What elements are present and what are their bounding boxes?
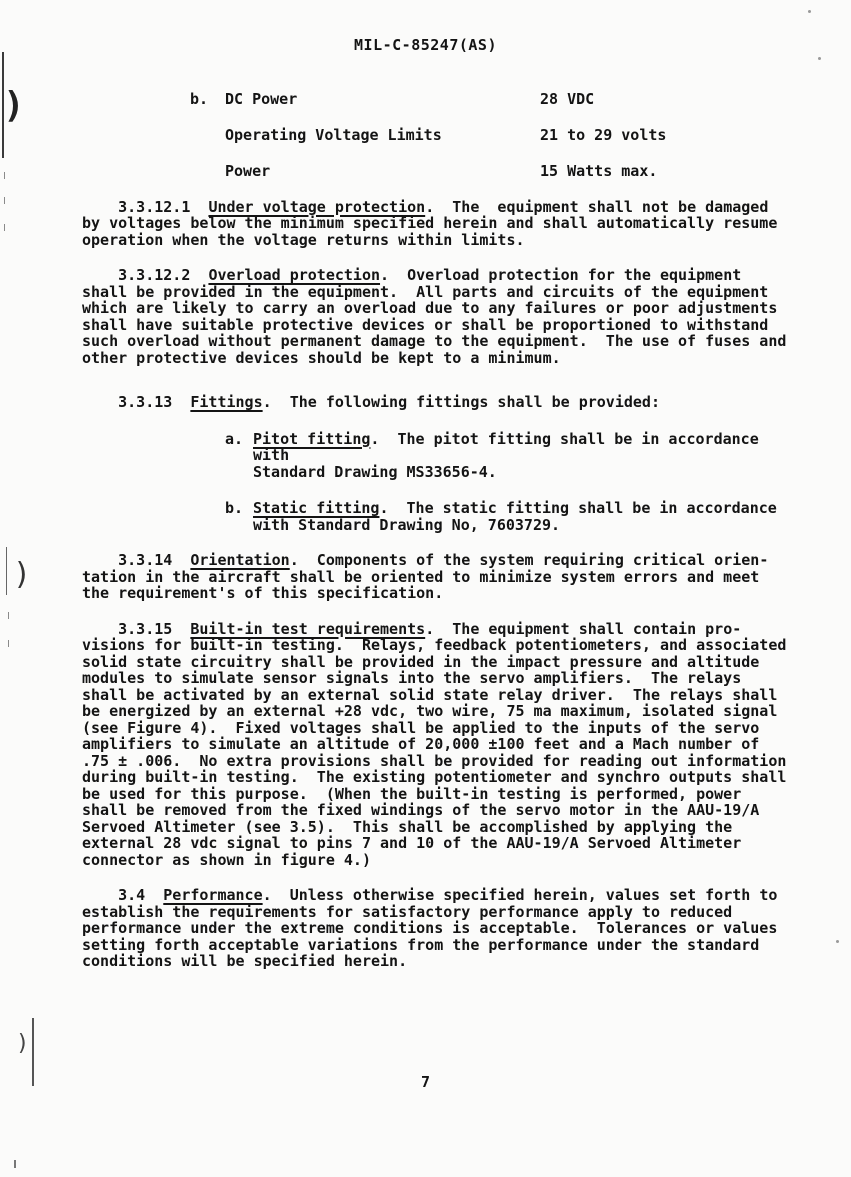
section-number: 3.3.13 bbox=[82, 393, 190, 411]
section-title: Overload protection bbox=[208, 266, 380, 284]
list-item-label: b. bbox=[225, 500, 253, 533]
scan-artifact-dot bbox=[808, 10, 811, 13]
spec-item-value: 28 VDC bbox=[540, 91, 851, 108]
scan-artifact-dash bbox=[8, 612, 9, 619]
scan-artifact-line bbox=[6, 547, 7, 595]
section-number: 3.3.12.2 bbox=[82, 266, 208, 284]
list-item-content: Static fitting. The static fitting shall… bbox=[253, 500, 785, 533]
paragraph-fittings: 3.3.13 Fittings. The following fittings … bbox=[82, 394, 797, 411]
page-number: 7 bbox=[0, 1074, 851, 1091]
section-number: 3.4 bbox=[82, 886, 163, 904]
document-page: ) ) ) MIL-C-85247(AS) b. DC Power 28 VDC… bbox=[0, 0, 851, 1177]
paragraph-orientation: 3.3.14 Orientation. Components of the sy… bbox=[82, 552, 797, 602]
power-spec-row: Operating Voltage Limits 21 to 29 volts bbox=[190, 127, 851, 144]
section-body: . The equipment shall contain pro- visio… bbox=[82, 620, 786, 869]
section-title: Fittings bbox=[190, 393, 262, 411]
power-spec-row: b. DC Power 28 VDC bbox=[190, 91, 851, 108]
spec-item-prefix: b. bbox=[190, 91, 225, 108]
fitting-item-pitot: a. Pitot fitting. The pitot fitting shal… bbox=[225, 431, 785, 481]
power-spec-table: b. DC Power 28 VDC Operating Voltage Lim… bbox=[190, 91, 851, 180]
scan-artifact-line bbox=[32, 1018, 34, 1086]
section-body: . The following fittings shall be provid… bbox=[263, 393, 660, 411]
scan-artifact-dash bbox=[4, 197, 5, 204]
scan-artifact-dash bbox=[4, 224, 5, 231]
paragraph-performance: 3.4 Performance. Unless otherwise specif… bbox=[82, 887, 797, 970]
spec-item-prefix bbox=[190, 163, 225, 180]
list-item-label: a. bbox=[225, 431, 253, 481]
spec-item-value: 15 Watts max. bbox=[540, 163, 851, 180]
scan-artifact-bracket: ) bbox=[3, 98, 25, 115]
section-title: Under voltage protection bbox=[208, 198, 425, 216]
fitting-title: Pitot fitting bbox=[253, 430, 370, 448]
paragraph-built-in-test: 3.3.15 Built-in test requirements. The e… bbox=[82, 621, 797, 869]
paragraph-under-voltage-protection: 3.3.12.1 Under voltage protection. The e… bbox=[82, 199, 797, 249]
spec-item-value: 21 to 29 volts bbox=[540, 127, 851, 144]
scan-artifact-bracket: ) bbox=[13, 567, 31, 584]
section-number: 3.3.14 bbox=[82, 551, 190, 569]
fitting-title: Static fitting bbox=[253, 499, 379, 517]
section-title: Performance bbox=[163, 886, 262, 904]
list-item-content: Pitot fitting. The pitot fitting shall b… bbox=[253, 431, 785, 481]
scan-artifact-dash bbox=[4, 172, 5, 179]
paragraph-overload-protection: 3.3.12.2 Overload protection. Overload p… bbox=[82, 267, 797, 366]
power-spec-row: Power 15 Watts max. bbox=[190, 163, 851, 180]
section-title: Orientation bbox=[190, 551, 289, 569]
spec-item-name: Power bbox=[225, 163, 540, 180]
scan-artifact-dot bbox=[14, 1160, 16, 1168]
scan-artifact-dot bbox=[818, 57, 821, 60]
scan-artifact-dash bbox=[8, 640, 9, 647]
spec-item-name: DC Power bbox=[225, 91, 540, 108]
scan-artifact-dot bbox=[836, 940, 839, 943]
section-number: 3.3.12.1 bbox=[82, 198, 208, 216]
scan-artifact-bracket: ) bbox=[16, 1036, 29, 1053]
section-title: Built-in test requirements bbox=[190, 620, 425, 638]
document-id: MIL-C-85247(AS) bbox=[0, 0, 851, 54]
fitting-item-static: b. Static fitting. The static fitting sh… bbox=[225, 500, 785, 533]
scan-artifact-line bbox=[2, 52, 4, 158]
spec-item-prefix bbox=[190, 127, 225, 144]
spec-item-name: Operating Voltage Limits bbox=[225, 127, 540, 144]
section-number: 3.3.15 bbox=[82, 620, 190, 638]
